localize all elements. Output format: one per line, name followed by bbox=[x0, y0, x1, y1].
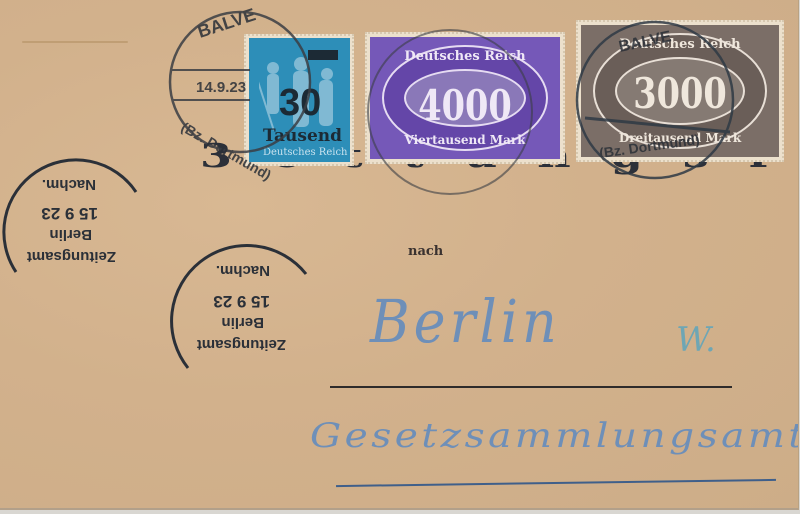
svg-text:15 9 23: 15 9 23 bbox=[213, 292, 270, 311]
svg-text:Nachm.: Nachm. bbox=[216, 262, 270, 279]
svg-text:15 9 23: 15 9 23 bbox=[41, 204, 98, 223]
overprint-value: 30 bbox=[279, 82, 321, 125]
handwritten-office: Gesetzsammlungsamt bbox=[310, 416, 799, 456]
svg-text:14.9.23: 14.9.23 bbox=[196, 79, 246, 96]
svg-text:Zeitungsamt: Zeitungsamt bbox=[197, 336, 286, 353]
handwritten-city-suffix: W. bbox=[676, 320, 716, 360]
svg-text:Berlin: Berlin bbox=[49, 226, 92, 243]
postmark-berlin-middle: Zeitungsamt Berlin 15 9 23 Nachm. bbox=[172, 246, 306, 368]
handwritten-underline bbox=[336, 479, 776, 487]
stamp-value: 4000 bbox=[389, 81, 541, 130]
handwritten-city: Berlin bbox=[370, 287, 561, 356]
nach-label: nach bbox=[408, 244, 443, 259]
stamp-4000: Deutsches Reich 4000 Viertausend Mark bbox=[365, 32, 565, 164]
svg-text:Zeitungsamt: Zeitungsamt bbox=[27, 248, 116, 265]
barred-original-value bbox=[308, 50, 338, 60]
stamp-top-inscription: Deutsches Reich bbox=[581, 37, 779, 52]
stamp-bottom-inscription: Dreitausend Mark bbox=[581, 131, 779, 145]
stamp-top-inscription: Deutsches Reich bbox=[370, 49, 560, 64]
paper-scratch bbox=[22, 41, 128, 43]
postmark-berlin-left: Zeitungsamt Berlin 15 9 23 Nachm. bbox=[4, 160, 136, 272]
stamp-inscription: Deutsches Reich bbox=[263, 147, 347, 158]
address-line-1 bbox=[330, 386, 732, 388]
svg-text:Berlin: Berlin bbox=[221, 314, 264, 331]
stamp-bottom-inscription: Viertausend Mark bbox=[370, 133, 560, 147]
stamp-3000: Deutsches Reich 3000 Dreitausend Mark bbox=[576, 20, 784, 162]
stamp-30-tausend: 30 Tausend Deutsches Reich bbox=[244, 34, 354, 166]
postcard: 3 e t t u n g s f t u h e 30 Tausend Deu… bbox=[0, 0, 799, 510]
stamp-value: 3000 bbox=[601, 69, 759, 118]
stamp-face: Deutsches Reich 3000 Dreitausend Mark bbox=[581, 25, 779, 157]
overprint-word: Tausend bbox=[263, 126, 342, 146]
svg-text:Nachm.: Nachm. bbox=[42, 176, 96, 193]
stamp-face: Deutsches Reich 4000 Viertausend Mark bbox=[370, 37, 560, 159]
stamp-face: 30 Tausend Deutsches Reich bbox=[249, 38, 350, 162]
